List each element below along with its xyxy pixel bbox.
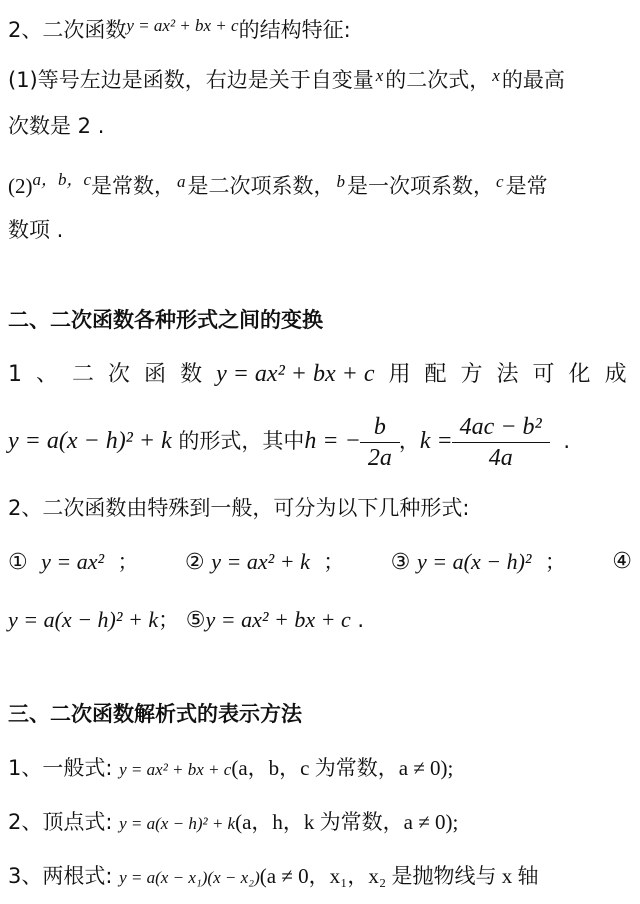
point2-label: (2) bbox=[8, 174, 33, 198]
form-3: ③ y = a(x − h)² ； bbox=[391, 548, 566, 577]
h-lhs: h = − bbox=[304, 428, 360, 454]
item1-char: 次 bbox=[108, 362, 130, 387]
two-root-form-label: 3、两根式: bbox=[8, 864, 112, 888]
structure-heading-prefix: 2、二次函数 bbox=[8, 18, 126, 42]
item1-char: 函 bbox=[144, 362, 166, 387]
form-2-sep: ； bbox=[323, 550, 344, 574]
two-root-form-item: 3、两根式: y = a(x − x₁)(x − x₂)(a ≠ 0，x₁，x₂… bbox=[8, 862, 538, 892]
point2-continuation: 数项 . bbox=[8, 216, 63, 244]
marker-5: ⑤ bbox=[186, 608, 206, 633]
structure-heading-line: 2、二次函数y = ax² + bx + c的结构特征: bbox=[8, 12, 351, 44]
general-form-formula: y = ax² + bx + c bbox=[216, 361, 374, 387]
item1-char: 方 bbox=[461, 362, 483, 387]
item1-char: 、 bbox=[36, 362, 58, 387]
vertex-form-label: 2、顶点式: bbox=[8, 810, 112, 834]
var-a: a bbox=[175, 172, 188, 191]
point1-line: (1)等号左边是函数，右边是关于自变量x的二次式，x的最高 bbox=[8, 62, 565, 94]
point1-prefix: (1)等号左边是函数，右边是关于自变量 bbox=[8, 68, 374, 92]
form-1: ① y = ax² ； bbox=[8, 548, 138, 577]
form-2-formula: y = ax² + k bbox=[211, 549, 310, 574]
marker-1: ① bbox=[8, 550, 28, 575]
form-2: ② y = ax² + k ； bbox=[185, 548, 344, 577]
vertex-form-formula: y = a(x − h)² + k bbox=[8, 428, 172, 454]
vertex-form-note: (a，h，k 为常数，a ≠ 0); bbox=[235, 810, 458, 834]
item1-char: 配 bbox=[424, 362, 446, 387]
marker-3: ③ bbox=[391, 550, 411, 575]
form-1-sep: ； bbox=[117, 550, 138, 574]
form-5-formula: y = ax² + bx + c bbox=[206, 607, 351, 632]
h-fraction: b2a bbox=[364, 412, 396, 473]
h-numerator: b bbox=[370, 412, 390, 442]
structure-heading-suffix: 的结构特征: bbox=[239, 18, 351, 42]
point2-vars: a，b，c bbox=[33, 170, 92, 189]
general-form-item: 1、一般式: y = ax² + bx + c(a，b，c 为常数，a ≠ 0)… bbox=[8, 754, 453, 784]
marker-2: ② bbox=[185, 550, 205, 575]
section2-heading: 二、二次函数各种形式之间的变换 bbox=[8, 306, 323, 334]
general-form-formula: y = ax² + bx + c bbox=[126, 16, 238, 35]
item1-char: 用 bbox=[388, 362, 410, 387]
forms-intro: 2、二次函数由特殊到一般，可分为以下几种形式: bbox=[8, 494, 469, 522]
comma: ， bbox=[399, 429, 420, 453]
item1-char: 成 bbox=[605, 362, 627, 387]
item1-char: 1 bbox=[8, 362, 22, 387]
k-denominator: 4a bbox=[452, 442, 550, 473]
k-fraction: 4ac − b²4a bbox=[456, 412, 546, 473]
general-form-formula: y = ax² + bx + c bbox=[119, 760, 231, 779]
item1-char: 化 bbox=[569, 362, 591, 387]
k-lhs: k = bbox=[420, 428, 453, 454]
completing-square-line: 1、二次函数y = ax² + bx + c用配方法可化成： bbox=[8, 360, 640, 389]
two-root-form-formula: y = a(x − x₁)(x − x₂) bbox=[119, 868, 260, 887]
k-numerator: 4ac − b² bbox=[456, 412, 546, 442]
period: . bbox=[555, 429, 570, 453]
item1-char: 数 bbox=[180, 362, 202, 387]
forms-row-2: y = a(x − h)² + k； ⑤y = ax² + bx + c . bbox=[8, 606, 364, 635]
vertex-form-text: 的形式，其中 bbox=[178, 429, 304, 453]
item1-char: 可 bbox=[533, 362, 555, 387]
h-denominator: 2a bbox=[360, 442, 400, 473]
point2-text3: 是一次项系数， bbox=[347, 174, 494, 198]
general-form-label: 1、一般式: bbox=[8, 756, 112, 780]
point1-mid: 的二次式， bbox=[385, 68, 490, 92]
marker-4: ④ bbox=[612, 548, 632, 577]
form-3-sep: ； bbox=[545, 550, 566, 574]
form-4-formula: y = a(x − h)² + k bbox=[8, 607, 158, 632]
form-3-formula: y = a(x − h)² bbox=[417, 549, 531, 574]
item1-char: 法 bbox=[497, 362, 519, 387]
point1-continuation: 次数是 2 . bbox=[8, 112, 104, 140]
form-4-sep: ； bbox=[158, 608, 179, 632]
var-b: b bbox=[335, 172, 348, 191]
point2-text2: 是二次项系数， bbox=[188, 174, 335, 198]
var-x: x bbox=[374, 66, 386, 85]
point1-end: 的最高 bbox=[502, 68, 565, 92]
var-x-2: x bbox=[490, 66, 502, 85]
point2-text4: 是常 bbox=[506, 174, 548, 198]
var-c: c bbox=[494, 172, 506, 191]
form-1-formula: y = ax² bbox=[41, 549, 104, 574]
item1-char: 二 bbox=[72, 362, 94, 387]
form-5-sep: . bbox=[357, 608, 364, 632]
section3-heading: 三、二次函数解析式的表示方法 bbox=[8, 700, 302, 728]
point2-line: (2)a，b，c是常数，a是二次项系数，b是一次项系数，c是常 bbox=[8, 166, 548, 200]
general-form-note: (a，b，c 为常数，a ≠ 0); bbox=[231, 756, 453, 780]
vertex-form-line: y = a(x − h)² + k 的形式，其中h = −b2a，k =4ac … bbox=[8, 410, 570, 473]
vertex-form-formula: y = a(x − h)² + k bbox=[119, 814, 235, 833]
vertex-form-item: 2、顶点式: y = a(x − h)² + k(a，h，k 为常数，a ≠ 0… bbox=[8, 808, 458, 838]
forms-row-1: ① y = ax² ； ② y = ax² + k ； ③ y = a(x − … bbox=[8, 548, 632, 577]
point2-text1: 是常数， bbox=[91, 174, 175, 198]
two-root-form-note: (a ≠ 0，x₁，x₂ 是抛物线与 x 轴 bbox=[260, 864, 539, 888]
